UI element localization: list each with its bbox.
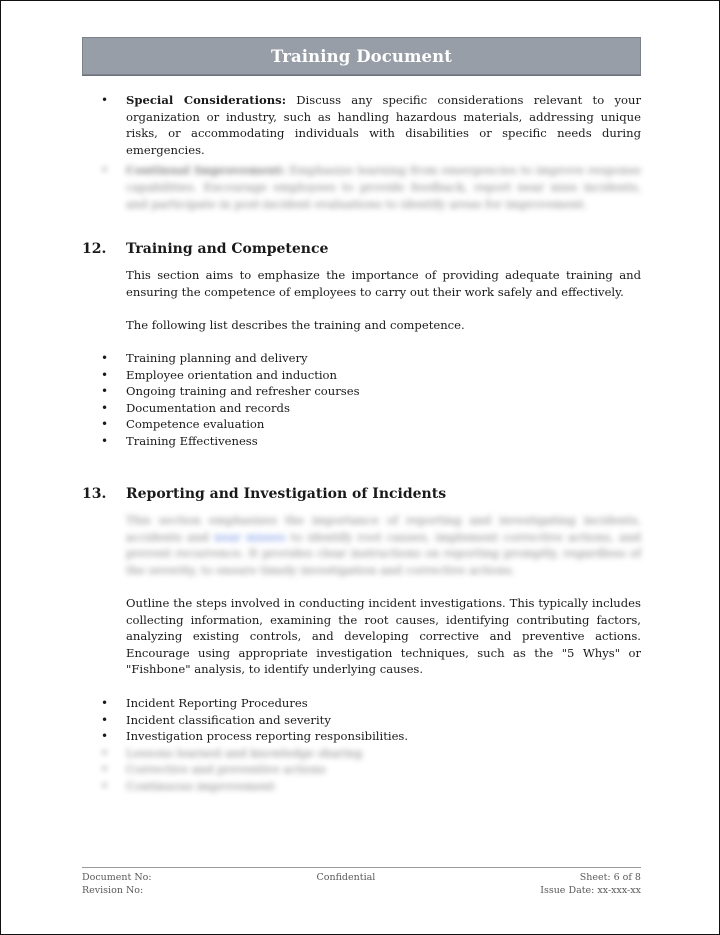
document-page: Training Document Special Considerations… xyxy=(0,0,720,935)
section-12-paragraph-2: The following list describes the trainin… xyxy=(126,317,641,334)
list-item-blurred: Continual Improvement: Emphasize learnin… xyxy=(83,162,641,212)
section-13-blurred-paragraph: This section emphasizes the importance o… xyxy=(126,512,641,578)
document-number-label: Document No: xyxy=(82,871,152,884)
section-title: Reporting and Investigation of Incidents xyxy=(126,486,446,502)
page-footer: Document No: Revision No: Confidential S… xyxy=(82,867,641,897)
section-title: Training and Competence xyxy=(126,241,328,257)
footer-left: Document No: Revision No: xyxy=(82,871,152,897)
paragraph-text: Outline the steps involved in conducting… xyxy=(126,596,641,676)
list-item-blurred: Continuous improvement xyxy=(83,778,641,795)
section-13-bullet-list: Incident Reporting Procedures Incident c… xyxy=(83,695,641,795)
list-item-blurred: Corrective and preventive actions xyxy=(83,761,641,778)
issue-date: Issue Date: xx-xxx-xx xyxy=(540,884,641,897)
section-heading-12: 12. Training and Competence xyxy=(82,241,328,257)
confidential-label: Confidential xyxy=(316,871,375,884)
intro-bullet-list: Special Considerations: Discuss any spec… xyxy=(83,92,641,212)
sheet-number: Sheet: 6 of 8 xyxy=(540,871,641,884)
list-item: Incident classification and severity xyxy=(83,712,641,729)
list-item: Documentation and records xyxy=(83,400,641,417)
section-13-paragraph: Outline the steps involved in conducting… xyxy=(126,595,641,678)
footer-center: Confidential xyxy=(316,871,375,897)
bullet-label: Continual Improvement: xyxy=(126,163,286,177)
list-item-blurred: Lessons learned and knowledge sharing xyxy=(83,745,641,762)
section-number: 12. xyxy=(82,241,126,257)
section-12-bullet-list: Training planning and delivery Employee … xyxy=(83,350,641,450)
bullet-label: Special Considerations: xyxy=(126,93,286,107)
list-item: Investigation process reporting responsi… xyxy=(83,728,641,745)
section-heading-13: 13. Reporting and Investigation of Incid… xyxy=(82,486,446,502)
revision-number-label: Revision No: xyxy=(82,884,152,897)
list-item: Training planning and delivery xyxy=(83,350,641,367)
paragraph-text: This section aims to emphasize the impor… xyxy=(126,268,641,299)
list-item: Special Considerations: Discuss any spec… xyxy=(83,92,641,158)
list-item: Training Effectiveness xyxy=(83,433,641,450)
paragraph-text: The following list describes the trainin… xyxy=(126,318,465,332)
section-12-paragraph-1: This section aims to emphasize the impor… xyxy=(126,267,641,300)
near-misses-link[interactable]: near misses xyxy=(214,530,285,544)
document-title: Training Document xyxy=(271,47,452,66)
document-title-bar: Training Document xyxy=(82,37,641,75)
list-item: Employee orientation and induction xyxy=(83,367,641,384)
section-number: 13. xyxy=(82,486,126,502)
list-item: Competence evaluation xyxy=(83,416,641,433)
list-item: Ongoing training and refresher courses xyxy=(83,383,641,400)
list-item: Incident Reporting Procedures xyxy=(83,695,641,712)
footer-right: Sheet: 6 of 8 Issue Date: xx-xxx-xx xyxy=(540,871,641,897)
